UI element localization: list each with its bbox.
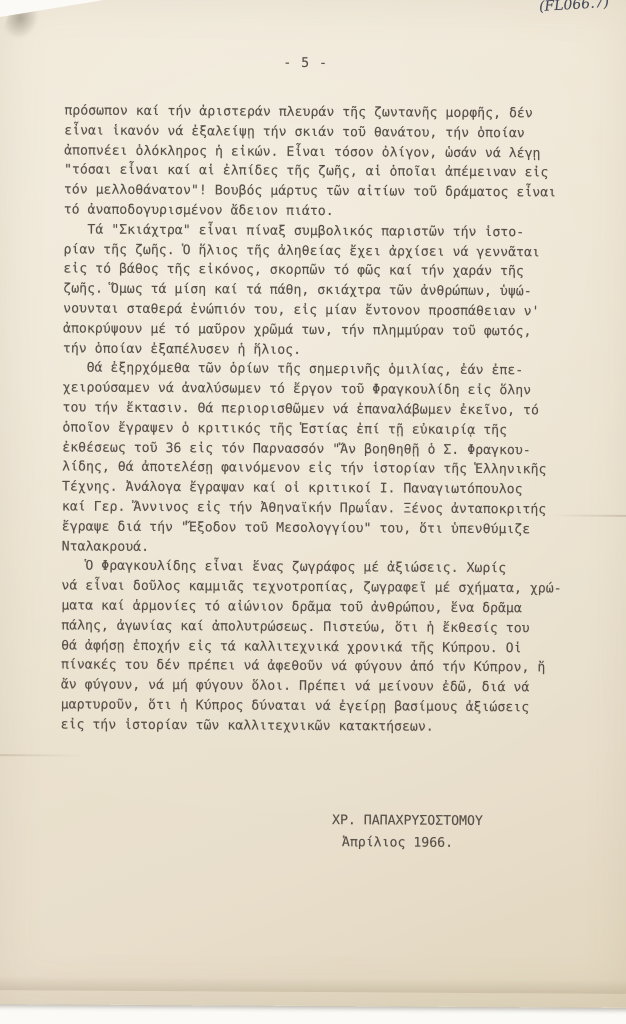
fold-crease bbox=[0, 754, 85, 757]
text-line: εἶναι ἱκανόν νά ἐξαλείψῃ τήν σκιάν τοῦ θ… bbox=[64, 121, 558, 144]
paper-edge-shadow bbox=[0, 976, 626, 994]
paragraph: Τά "Σκιάχτρα" εἶναι πίναξ συμβολικός παρ… bbox=[63, 220, 558, 362]
text-line: εἰς τήν ἱστορίαν τῶν καλλιτεχνικῶν κατακ… bbox=[61, 715, 555, 738]
scan-background: (FL066.7) - 5 - πρόσωπον καί τήν ἀριστερ… bbox=[0, 0, 626, 1024]
text-line: νουνται σταθερά ἐνώπιόν του, εἰς μίαν ἔν… bbox=[63, 299, 557, 322]
signature-block: ΧΡ. ΠΑΠΑΧΡΥΣΟΣΤΟΜΟΥ Ἀπρίλιος 1966. bbox=[332, 810, 483, 855]
signature-name: ΧΡ. ΠΑΠΑΧΡΥΣΟΣΤΟΜΟΥ bbox=[332, 810, 483, 833]
fold-crease bbox=[550, 514, 626, 517]
paragraph: πρόσωπον καί τήν ἀριστεράν πλευράν τῆς ζ… bbox=[64, 101, 559, 223]
document-body: πρόσωπον καί τήν ἀριστεράν πλευράν τῆς ζ… bbox=[61, 101, 559, 738]
text-line: ὁποῖον ἔγραψεν ὁ κριτικός τῆς Ἑστίας ἐπί… bbox=[62, 418, 556, 441]
document-page: (FL066.7) - 5 - πρόσωπον καί τήν ἀριστερ… bbox=[0, 0, 626, 1008]
page-number: - 5 - bbox=[65, 54, 547, 72]
text-line: Τά "Σκιάχτρα" εἶναι πίναξ συμβολικός παρ… bbox=[64, 220, 558, 243]
paragraph: Θά ἐξηρχόμεθα τῶν ὁρίων τῆς σημερινῆς ὁμ… bbox=[62, 359, 557, 560]
signature-date: Ἀπρίλιος 1966. bbox=[332, 832, 483, 855]
text-line: τό ἀναποδογυρισμένον ἄδειον πιάτο. bbox=[64, 200, 558, 223]
text-line: ματα καί ἁρμονίες τό αἰώνιον δρᾶμα τοῦ ἀ… bbox=[61, 596, 555, 619]
text-line: ἔγραψε διά τήν "Ἔξοδον τοῦ Μεσολογγίου" … bbox=[62, 517, 556, 540]
text-line: πρόσωπον καί τήν ἀριστεράν πλευράν τῆς ζ… bbox=[64, 101, 558, 124]
handwritten-annotation: (FL066.7) bbox=[539, 0, 620, 15]
paragraph: Ὁ Φραγκουλίδης εἶναι ἕνας ζωγράφος μέ ἀξ… bbox=[61, 557, 556, 738]
text-line: ἀποκρύψουν μέ τό μαῦρον χρῶμά των, τήν π… bbox=[63, 319, 557, 342]
text-line: πάλης, ἀγωνίας καί ἀπολυτρώσεως. Πιστεύω… bbox=[61, 616, 555, 639]
text-line: του τήν ἔκτασιν. Θά περιορισθῶμεν νά ἐπα… bbox=[62, 398, 556, 421]
text-line: καί Γερ. Ἄννινος εἰς τήν Ἀθηναϊκήν Πρωΐα… bbox=[62, 497, 556, 520]
text-line: μαρτυροῦν, ὅτι ἡ Κύπρος δύναται νά ἐγείρ… bbox=[61, 695, 555, 718]
